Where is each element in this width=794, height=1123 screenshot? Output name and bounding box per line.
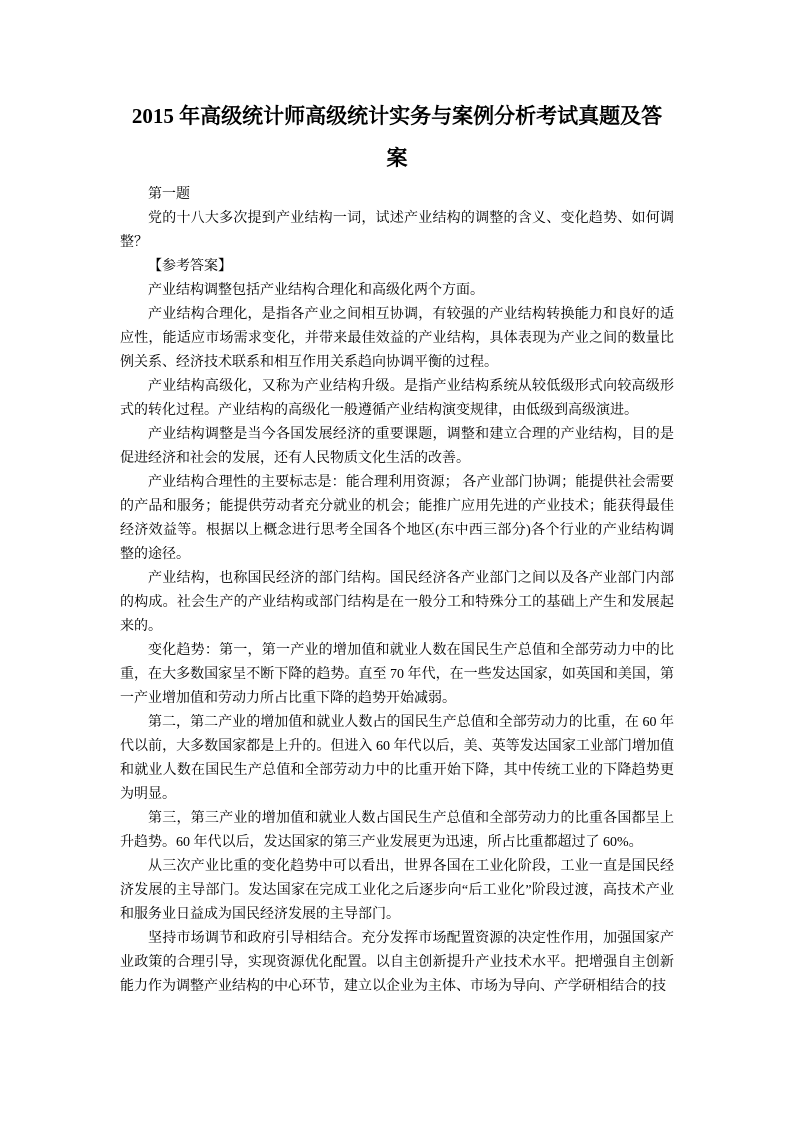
paragraph: 产业结构合理性的主要标志是：能合理利用资源； 各产业部门协调；能提供社会需要的产… — [120, 471, 674, 567]
paragraph: 产业结构调整包括产业结构合理化和高级化两个方面。 — [120, 279, 674, 303]
paragraph: 第二，第二产业的增加值和就业人数占的国民生产总值和全部劳动力的比重，在 60 年… — [120, 711, 674, 807]
document-body: 第一题党的十八大多次提到产业结构一词，试述产业结构的调整的含义、变化趋势、如何调… — [120, 183, 674, 999]
paragraph: 产业结构调整是当今各国发展经济的重要课题，调整和建立合理的产业结构，目的是促进经… — [120, 423, 674, 471]
paragraph: 第一题 — [120, 183, 674, 207]
document-title-line: 2015 年高级统计师高级统计实务与案例分析考试真题及答 — [120, 95, 674, 137]
paragraph: 产业结构合理化，是指各产业之间相互协调，有较强的产业结构转换能力和良好的适应性，… — [120, 303, 674, 375]
paragraph: 坚持市场调节和政府引导相结合。充分发挥市场配置资源的决定性作用，加强国家产业政策… — [120, 927, 674, 999]
paragraph: 变化趋势：第一，第一产业的增加值和就业人数在国民生产总值和全部劳动力中的比重，在… — [120, 639, 674, 711]
paragraph: 从三次产业比重的变化趋势中可以看出，世界各国在工业化阶段，工业一直是国民经济发展… — [120, 855, 674, 927]
paragraph: 产业结构高级化，又称为产业结构升级。是指产业结构系统从较低级形式向较高级形式的转… — [120, 375, 674, 423]
document-title: 2015 年高级统计师高级统计实务与案例分析考试真题及答案 — [120, 95, 674, 179]
paragraph: 党的十八大多次提到产业结构一词，试述产业结构的调整的含义、变化趋势、如何调整？ — [120, 207, 674, 255]
paragraph: 产业结构，也称国民经济的部门结构。国民经济各产业部门之间以及各产业部门内部的构成… — [120, 567, 674, 639]
paragraph: 第三，第三产业的增加值和就业人数占国民生产总值和全部劳动力的比重各国都呈上升趋势… — [120, 807, 674, 855]
page-content: 2015 年高级统计师高级统计实务与案例分析考试真题及答案 第一题党的十八大多次… — [120, 95, 674, 999]
paragraph: 【参考答案】 — [120, 255, 674, 279]
document-title-line: 案 — [120, 137, 674, 179]
document-page: 2015 年高级统计师高级统计实务与案例分析考试真题及答案 第一题党的十八大多次… — [0, 0, 794, 1123]
